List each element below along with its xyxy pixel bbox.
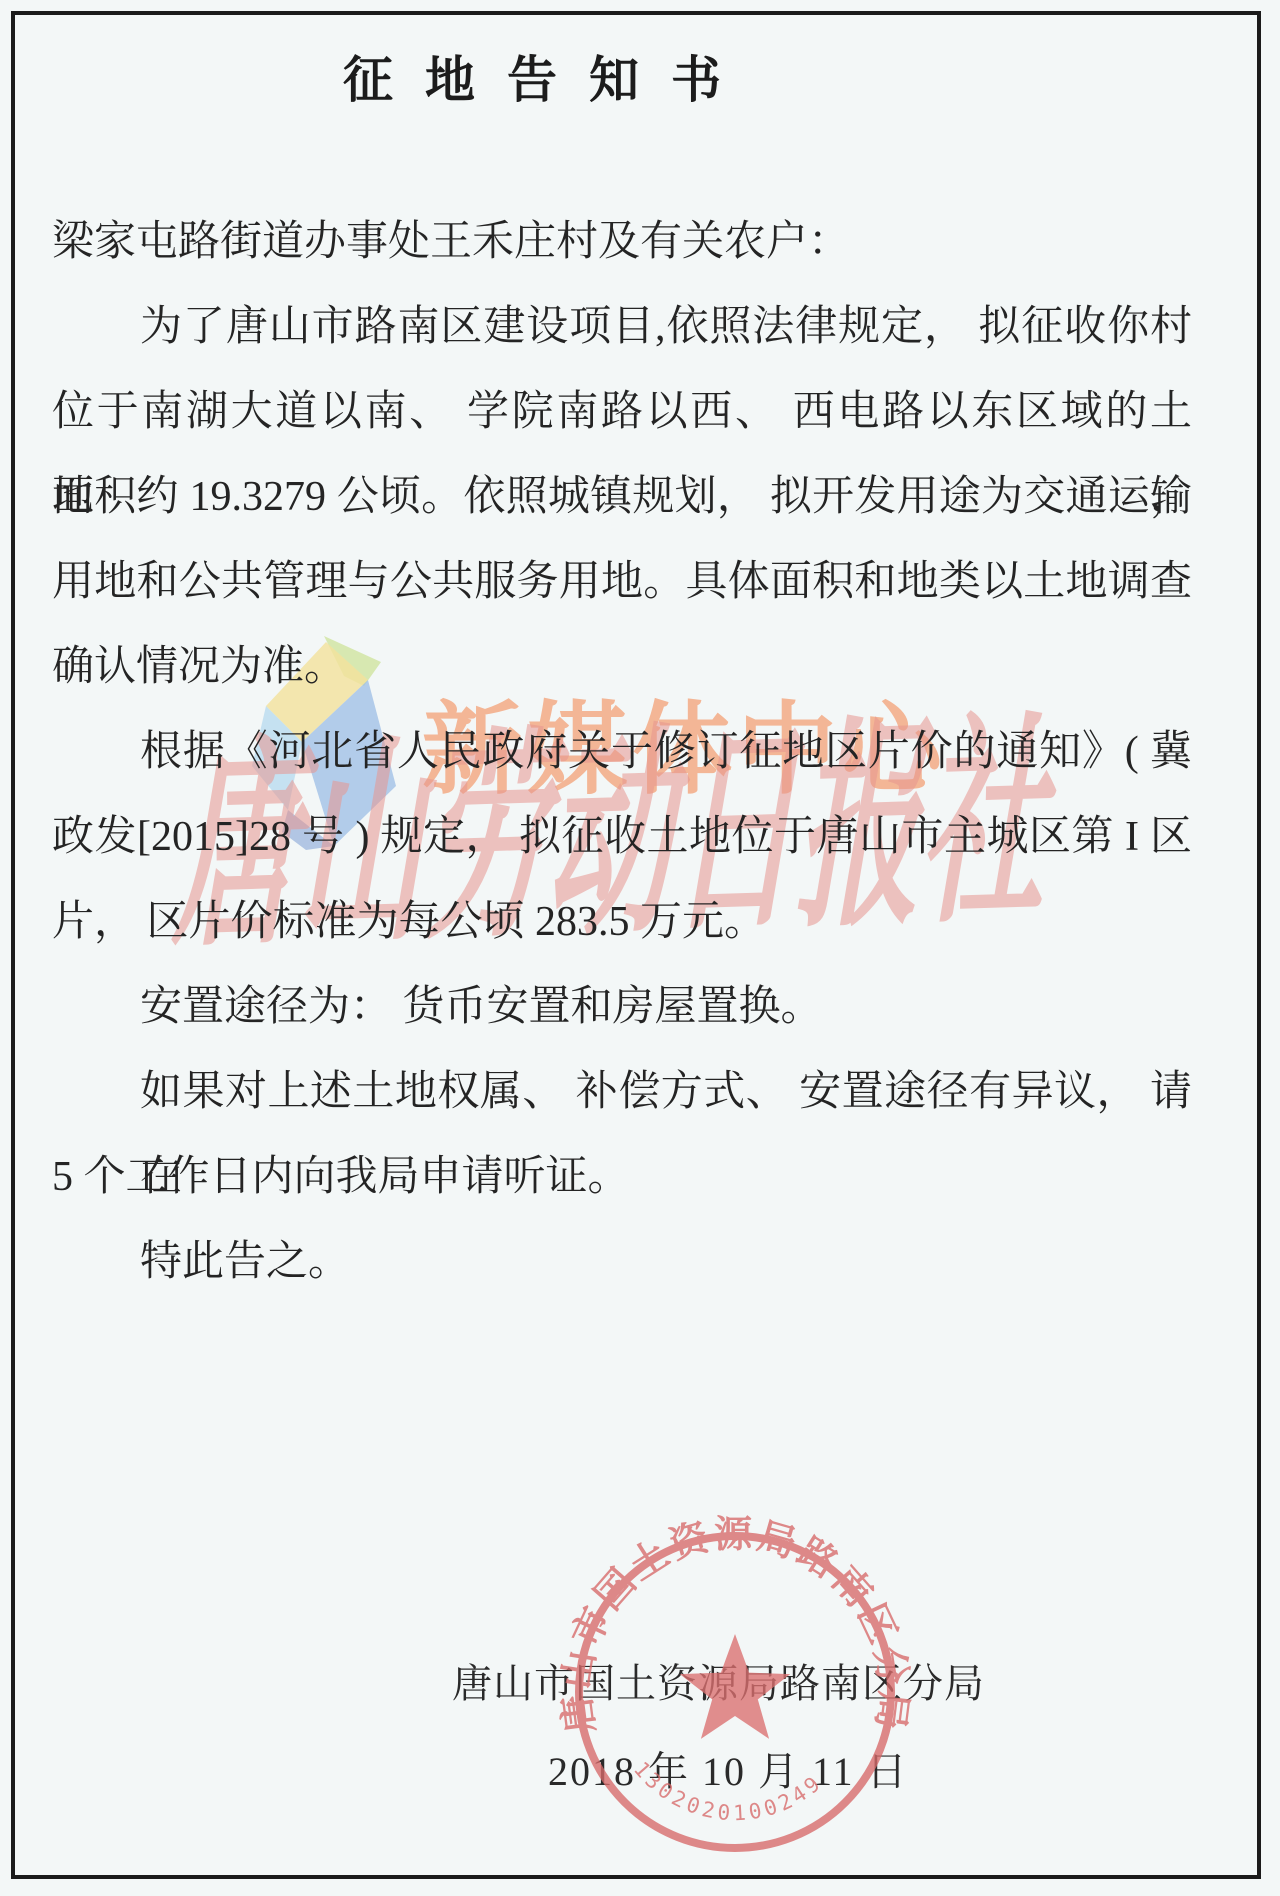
page-title: 征地告知书: [0, 40, 1188, 112]
document-body: 梁家屯路街道办事处王禾庄村及有关农户： 为了唐山市路南区建设项目,依照法律规定，…: [52, 200, 1192, 1305]
svg-text:1302020100249: 1302020100249: [629, 1757, 828, 1825]
body-line: 用地和公共管理与公共服务用地。具体面积和地类以土地调查: [52, 540, 1192, 625]
body-line: 政发[2015]28 号 ) 规定， 拟征收土地位于唐山市主城区第 I 区: [52, 795, 1192, 880]
body-line: 确认情况为准。: [52, 625, 1192, 710]
body-line: 如果对上述土地权属、 补偿方式、 安置途径有异议， 请在: [52, 1050, 1192, 1135]
salutation: 梁家屯路街道办事处王禾庄村及有关农户：: [52, 200, 1192, 285]
seal-serial-number: 1302020100249: [629, 1757, 828, 1825]
official-seal: 唐山市国土资源局路南区分局 1302020100249: [555, 1512, 915, 1872]
body-line: 面积约 19.3279 公顷。依照城镇规划， 拟开发用途为交通运输: [52, 455, 1192, 540]
body-line: 安置途径为： 货币安置和房屋置换。: [52, 965, 1192, 1050]
document-page: 新媒体中心 唐山劳动日报社 征地告知书 梁家屯路街道办事处王禾庄村及有关农户： …: [0, 0, 1280, 1896]
body-line: 特此告之。: [52, 1220, 1192, 1305]
body-line: 根据《河北省人民政府关于修订征地区片价的通知》( 冀: [52, 710, 1192, 795]
body-line: 为了唐山市路南区建设项目,依照法律规定， 拟征收你村: [52, 285, 1192, 370]
body-line: 片， 区片价标准为每公顷 283.5 万元。: [52, 880, 1192, 965]
body-line: 5 个工作日内向我局申请听证。: [52, 1135, 1192, 1220]
body-line: 位于南湖大道以南、 学院南路以西、 西电路以东区域的土地，: [52, 370, 1192, 455]
seal-star-icon: [680, 1634, 790, 1739]
